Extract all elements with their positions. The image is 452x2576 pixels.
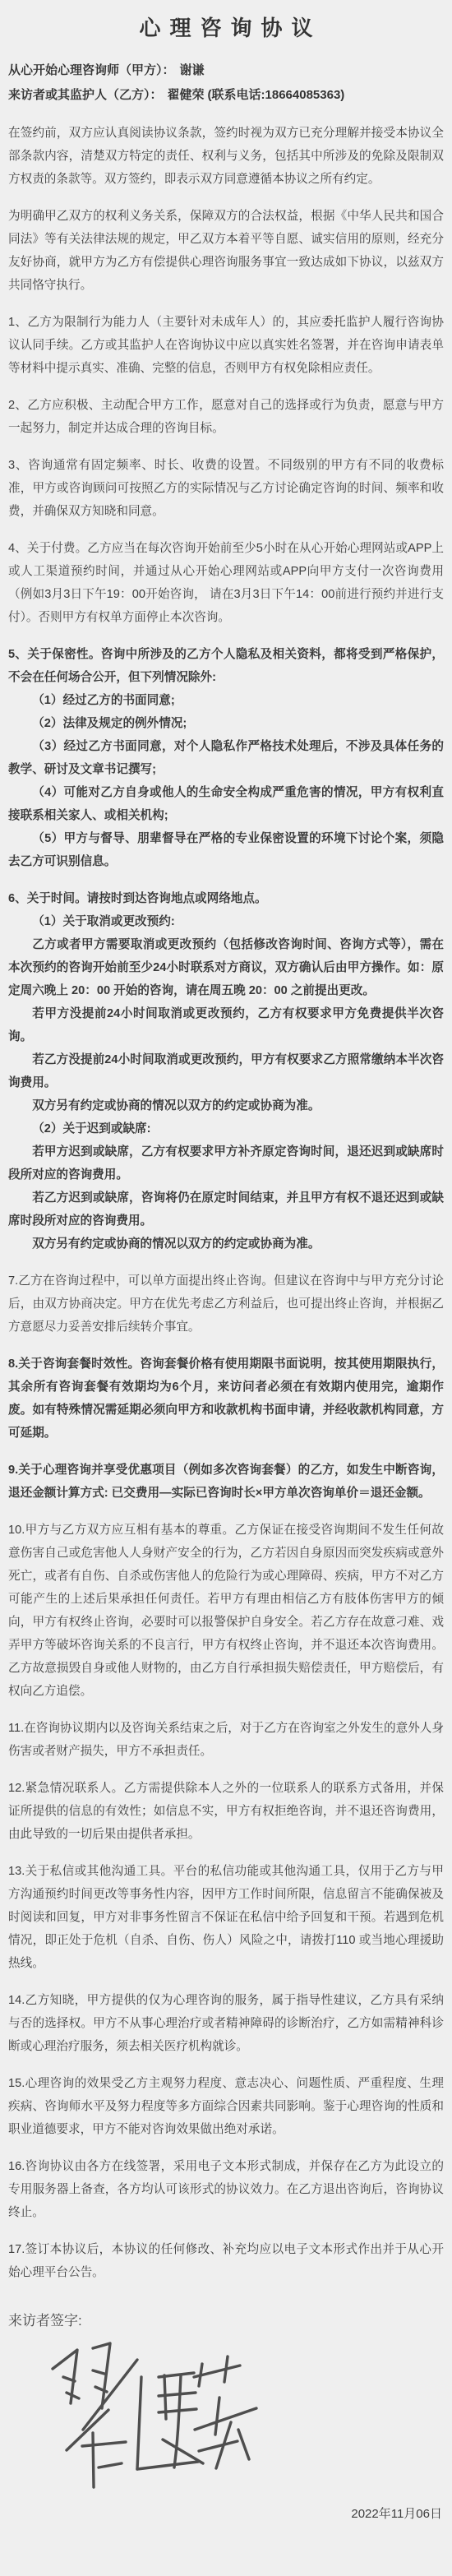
visitor-signature-image — [41, 2334, 271, 2503]
clause-paragraph: 在签约前，双方应认真阅读协议条款，签约时视为双方已充分理解并接受本协议全部条款内… — [8, 122, 444, 191]
clause-paragraph: 3、咨询通常有固定频率、时长、收费的设置。不同级别的甲方有不同的收费标准，甲方或… — [8, 454, 444, 523]
party-b-phone: (联系电话:18664085363) — [208, 88, 345, 102]
party-a-name: 谢谦 — [180, 63, 205, 77]
party-b-line: 来访者或其监护人（乙方）：翟健荣(联系电话:18664085363) — [8, 83, 444, 108]
page-title: 心理咨询协议 — [8, 12, 444, 42]
clause-paragraph: 9.关于心理咨询并享受优惠项目（例如多次咨询套餐）的乙方，如发生中断咨询，退还金… — [8, 1459, 444, 1505]
clause-sub-item: 双方另有约定或协商的情况以双方的约定或协商为准。 — [8, 1094, 444, 1117]
party-a-label: 从心开始心理咨询师（甲方）： — [8, 63, 175, 77]
clause-paragraph: 12.紧急情况联系人。乙方需提供除本人之外的一位联系人的联系方式备用，并保证所提… — [8, 1777, 444, 1846]
clause-list: 在签约前，双方应认真阅读协议条款，签约时视为双方已充分理解并接受本协议全部条款内… — [8, 122, 444, 2284]
clause-paragraph: 16.咨询协议由各方在线签署，采用电子文本形式制成，并保存在乙方为此设立的专用服… — [8, 2155, 444, 2224]
clause-paragraph: 为明确甲乙双方的权利义务关系，保障双方的合法权益，根据《中华人民共和国合同法》等… — [8, 205, 444, 297]
party-a-line: 从心开始心理咨询师（甲方）：谢谦 — [8, 58, 444, 83]
party-b-name: 翟健荣 — [168, 88, 205, 102]
visitor-signature-area — [8, 2334, 444, 2503]
clause-paragraph: 4、关于付费。乙方应当在每次咨询开始前至少5小时在从心开始心理网站或APP上或人… — [8, 537, 444, 629]
clause-sub-item: 双方另有约定或协商的情况以双方的约定或协商为准。 — [8, 1233, 444, 1256]
clause-sub-item: （3）经过乙方书面同意，对个人隐私作严格技术处理后，不涉及具体任务的教学、研讨及… — [8, 735, 444, 781]
clause-sub-item: （1）关于取消或更改预约: — [8, 910, 444, 933]
clause-sub-item: （2）法律及规定的例外情况; — [8, 712, 444, 735]
clause-sub-item: 若乙方迟到或缺席，咨询将仍在原定时间结束，并且甲方有权不退还迟到或缺席时段所对应… — [8, 1186, 444, 1233]
clause-paragraph: 2、乙方应积极、主动配合甲方工作，愿意对自己的选择或行为负责，愿意与甲方一起努力… — [8, 394, 444, 440]
clause-paragraph: 8.关于咨询套餐时效性。咨询套餐价格有使用期限书面说明，按其使用期限执行，其余所… — [8, 1353, 444, 1445]
clause-paragraph: 15.心理咨询的效果受乙方主观努力程度、意志决心、问题性质、严重程度、生理疾病、… — [8, 2072, 444, 2141]
clause-paragraph: 6、关于时间。请按时到达咨询地点或网络地点。 — [8, 887, 444, 910]
clause-sub-item: 乙方或者甲方需要取消或更改预约（包括修改咨询时间、咨询方式等），需在本次预约的咨… — [8, 933, 444, 1002]
clause-paragraph: 17.签订本协议后，本协议的任何修改、补充均应以电子文本形式作出并于从心开始心理… — [8, 2238, 444, 2284]
visitor-signature-label: 来访者签字: — [8, 2309, 444, 2329]
clause-paragraph: 11.在咨询协议期内以及咨询关系结束之后，对于乙方在咨询室之外发生的意外人身伤害… — [8, 1717, 444, 1763]
clause-paragraph: 10.甲方与乙方双方应互相有基本的尊重。乙方保证在接受咨询期间不发生任何故意伤害… — [8, 1519, 444, 1703]
clause-sub-item: （2）关于迟到或缺席: — [8, 1117, 444, 1140]
clause-sub-item: （4）可能对乙方自身或他人的生命安全构成严重危害的情况，甲方有权利直接联系相关家… — [8, 781, 444, 827]
clause-sub-item: （1）经过乙方的书面同意; — [8, 689, 444, 712]
sign-date: 2022年11月06日 — [8, 2504, 442, 2522]
clause-sub-item: （5）甲方与督导、朋辈督导在严格的专业保密设置的环境下讨论个案，须隐去乙方可识别… — [8, 827, 444, 873]
clause-paragraph: 1、乙方为限制行为能力人（主要针对未成年人）的，其应委托监护人履行咨询协议认同手… — [8, 311, 444, 380]
clause-paragraph: 7.乙方在咨询过程中，可以单方面提出终止咨询。但建议在咨询中与甲方充分讨论后，由… — [8, 1270, 444, 1339]
agreement-page: 心理咨询协议 从心开始心理咨询师（甲方）：谢谦 来访者或其监护人（乙方）：翟健荣… — [0, 0, 452, 2576]
party-b-label: 来访者或其监护人（乙方）： — [8, 88, 163, 102]
clause-paragraph: 14.乙方知晓，甲方提供的仅为心理咨询的服务，属于指导性建议，乙方具有采纳与否的… — [8, 1989, 444, 2058]
clause-sub-item: 若乙方没提前24小时间取消或更改预约，甲方有权要求乙方照常缴纳本半次咨询费用。 — [8, 1048, 444, 1094]
clause-sub-item: 若甲方迟到或缺席，乙方有权要求甲方补齐原定咨询时间，退还迟到或缺席时段所对应的咨… — [8, 1140, 444, 1186]
clause-paragraph: 5、关于保密性。咨询中所涉及的乙方个人隐私及相关资料，都将受到严格保护，不会在任… — [8, 643, 444, 689]
clause-paragraph: 13.关于私信或其他沟通工具。平台的私信功能或其他沟通工具，仅用于乙方与甲方沟通… — [8, 1860, 444, 1975]
clause-sub-item: 若甲方没提前24小时间取消或更改预约，乙方有权要求甲方免费提供半次咨询。 — [8, 1002, 444, 1048]
